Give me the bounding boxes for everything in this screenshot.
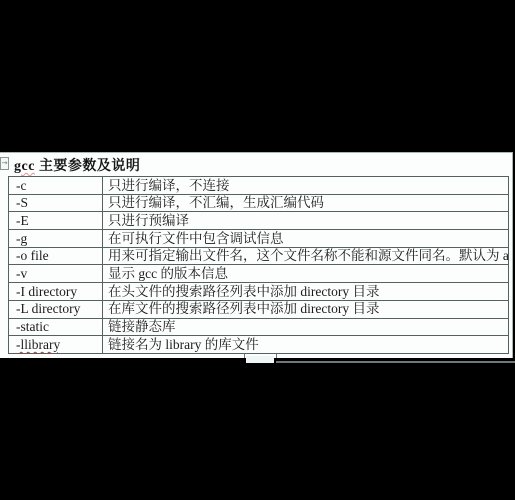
video-letterbox-frame: → gcc 主要参数及说明 -c 只进行编译，不连接 -S 只进行编译，不汇编，… <box>0 0 515 500</box>
param-cell: -llibrary <box>9 336 103 354</box>
desc-text: 只进行预编译 <box>108 213 189 228</box>
table-row: -S 只进行编译，不汇编，生成汇编代码 <box>9 194 509 212</box>
param-text: -c <box>16 178 27 193</box>
param-cell: -v <box>9 265 103 283</box>
desc-text: 只进行编译，不汇编，生成汇编代码 <box>108 195 324 210</box>
desc-cell: 只进行预编译 <box>103 212 509 230</box>
anchor-marker-icon: → <box>0 157 9 170</box>
table-row: -L directory 在库文件的搜索路径列表中添加 directory 目录 <box>9 300 509 318</box>
table-row: -E 只进行预编译 <box>9 212 509 230</box>
desc-text: 链接名为 library 的库文件 <box>108 337 259 352</box>
caption-latin-gcc: gcc <box>14 159 35 174</box>
caption-chinese-text: 主要参数及说明 <box>35 159 141 174</box>
table-row: -v 显示 gcc 的版本信息 <box>9 265 509 283</box>
page-bottom-tab <box>246 356 274 363</box>
desc-text: 在头文件的搜索路径列表中添加 directory 目录 <box>108 284 379 299</box>
param-cell: -I directory <box>9 283 103 301</box>
gcc-params-table: -c 只进行编译，不连接 -S 只进行编译，不汇编，生成汇编代码 -E 只进行预… <box>8 176 509 354</box>
table-row: -I directory 在头文件的搜索路径列表中添加 directory 目录 <box>9 283 509 301</box>
param-cell: -static <box>9 318 103 336</box>
desc-text: 链接静态库 <box>108 319 176 334</box>
param-cell: -g <box>9 230 103 248</box>
param-text: -E <box>16 213 29 228</box>
table-bottom-tick <box>244 354 245 358</box>
page-bottom-edge-line <box>276 361 515 363</box>
desc-cell: 链接静态库 <box>103 318 509 336</box>
desc-cell: 在头文件的搜索路径列表中添加 directory 目录 <box>103 283 509 301</box>
desc-cell: 用来可指定输出文件名，这个文件名称不能和源文件同名。默认为 a.out <box>103 247 509 265</box>
desc-text: 只进行编译，不连接 <box>108 178 230 193</box>
desc-text: 在库文件的搜索路径列表中添加 directory 目录 <box>108 301 379 316</box>
param-cell: -L directory <box>9 300 103 318</box>
table-row: -o file 用来可指定输出文件名，这个文件名称不能和源文件同名。默认为 a.… <box>9 247 509 265</box>
table-caption: gcc 主要参数及说明 <box>14 155 140 175</box>
param-cell: -c <box>9 177 103 195</box>
table-row: -g 在可执行文件中包含调试信息 <box>9 230 509 248</box>
desc-cell: 链接名为 library 的库文件 <box>103 336 509 354</box>
desc-cell: 只进行编译，不连接 <box>103 177 509 195</box>
param-cell: -E <box>9 212 103 230</box>
table-row: -c 只进行编译，不连接 <box>9 177 509 195</box>
table-row: -static 链接静态库 <box>9 318 509 336</box>
desc-cell: 在可执行文件中包含调试信息 <box>103 230 509 248</box>
param-text: -g <box>16 231 27 246</box>
desc-text: 在可执行文件中包含调试信息 <box>108 231 284 246</box>
desc-text: 显示 gcc 的版本信息 <box>108 266 228 281</box>
param-text: -o file <box>16 248 49 263</box>
param-text: -v <box>16 266 27 281</box>
desc-cell: 只进行编译，不汇编，生成汇编代码 <box>103 194 509 212</box>
desc-cell: 显示 gcc 的版本信息 <box>103 265 509 283</box>
param-text: -S <box>16 195 28 210</box>
param-cell: -S <box>9 194 103 212</box>
param-text: -llibrary <box>16 337 60 352</box>
param-text: -I directory <box>16 284 77 299</box>
table-row: -llibrary 链接名为 library 的库文件 <box>9 336 509 354</box>
desc-cell: 在库文件的搜索路径列表中添加 directory 目录 <box>103 300 509 318</box>
desc-text: 用来可指定输出文件名，这个文件名称不能和源文件同名。默认为 a.out <box>108 248 509 263</box>
table-bottom-tick <box>276 354 277 358</box>
document-page: → gcc 主要参数及说明 -c 只进行编译，不连接 -S 只进行编译，不汇编，… <box>0 152 513 358</box>
param-cell: -o file <box>9 247 103 265</box>
param-text: -L directory <box>16 301 80 316</box>
param-text: -static <box>16 319 49 334</box>
